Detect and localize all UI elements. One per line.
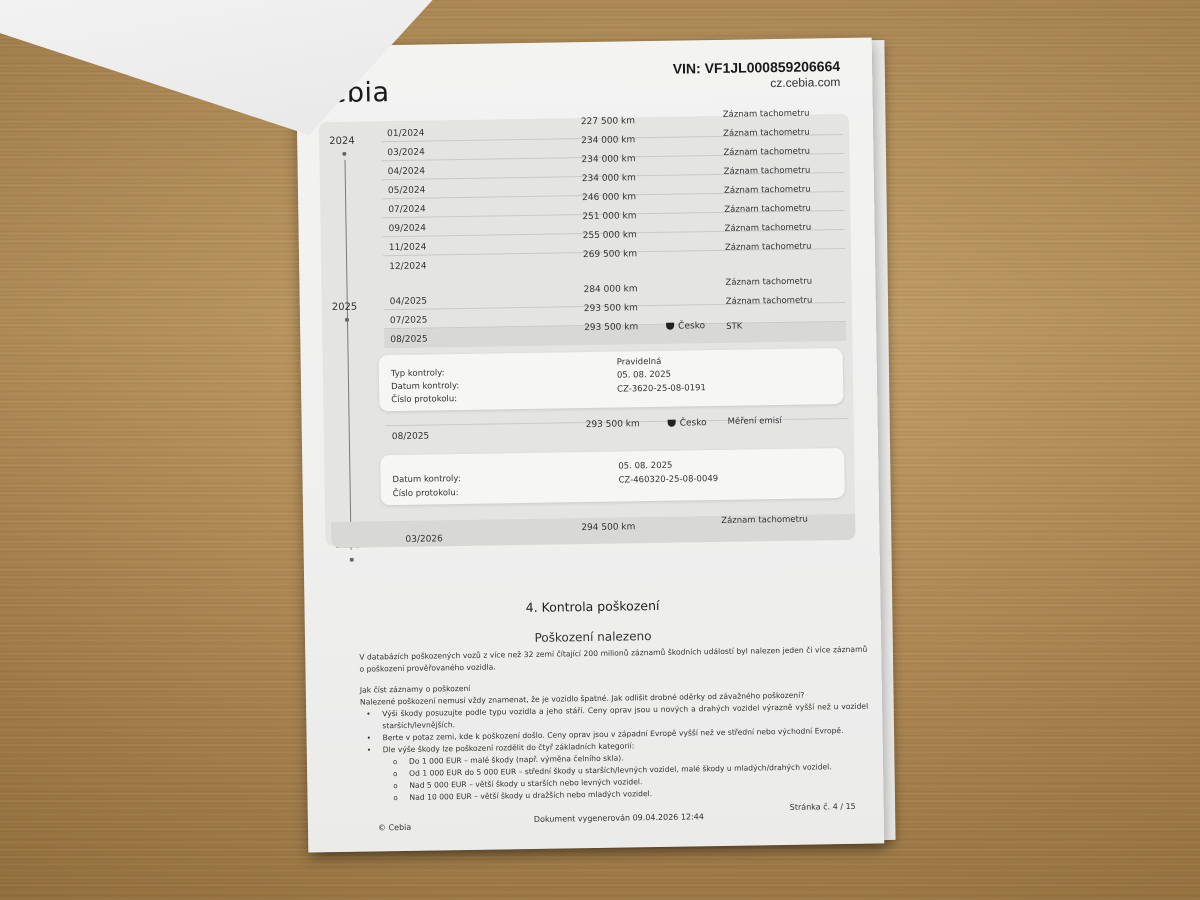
vin-number: VIN: VF1JL000859206664 bbox=[673, 58, 841, 77]
czech-flag-icon bbox=[668, 420, 676, 427]
generated-timestamp: Dokument vygenerován 09.04.2026 12:44 bbox=[534, 812, 704, 824]
emissions-detail-card: Datum kontroly: Číslo protokolu: 05. 08.… bbox=[380, 448, 845, 505]
advice-list: Výši škody posuzujte podle typu vozidla … bbox=[360, 701, 869, 757]
country-cz: Česko bbox=[668, 418, 707, 429]
report-page: cebia VIN: VF1JL000859206664 cz.cebia.co… bbox=[296, 38, 885, 853]
country-cz: Česko bbox=[666, 321, 705, 332]
year-label-2024: 2024 bbox=[329, 136, 355, 147]
copyright: © Cebia bbox=[378, 823, 411, 833]
damage-categories-list: Do 1 000 EUR – malé škody (např. výměna … bbox=[361, 749, 870, 805]
vin-block: VIN: VF1JL000859206664 cz.cebia.com bbox=[673, 58, 841, 92]
year-label-2025: 2025 bbox=[332, 302, 358, 313]
year-marker-2025 bbox=[345, 318, 349, 322]
page-number: Stránka č. 4 / 15 bbox=[790, 802, 856, 812]
section-title: 4. Kontrola poškození bbox=[304, 594, 880, 618]
website-link: cz.cebia.com bbox=[673, 75, 841, 92]
timeline-row: 03/2026 294 500 km Záznam tachometru bbox=[331, 514, 855, 548]
mileage-timeline: 2024 01/2024 227 500 km Záznam tachometr… bbox=[319, 114, 856, 546]
timeline-axis bbox=[344, 160, 351, 550]
year-marker-2024 bbox=[342, 152, 346, 156]
intro-paragraph: V databázích poškozených vozů z více než… bbox=[359, 644, 867, 676]
czech-flag-icon bbox=[666, 323, 674, 330]
damage-description: V databázích poškozených vozů z více než… bbox=[359, 644, 869, 805]
year-marker-2026 bbox=[350, 558, 354, 562]
stk-detail-card: Typ kontroly: Datum kontroly: Číslo prot… bbox=[379, 348, 844, 411]
page-footer: © Cebia Dokument vygenerován 09.04.2026 … bbox=[308, 805, 884, 814]
timeline-row-emissions: 08/2025 293 500 km Česko Měření emisí bbox=[386, 418, 848, 444]
